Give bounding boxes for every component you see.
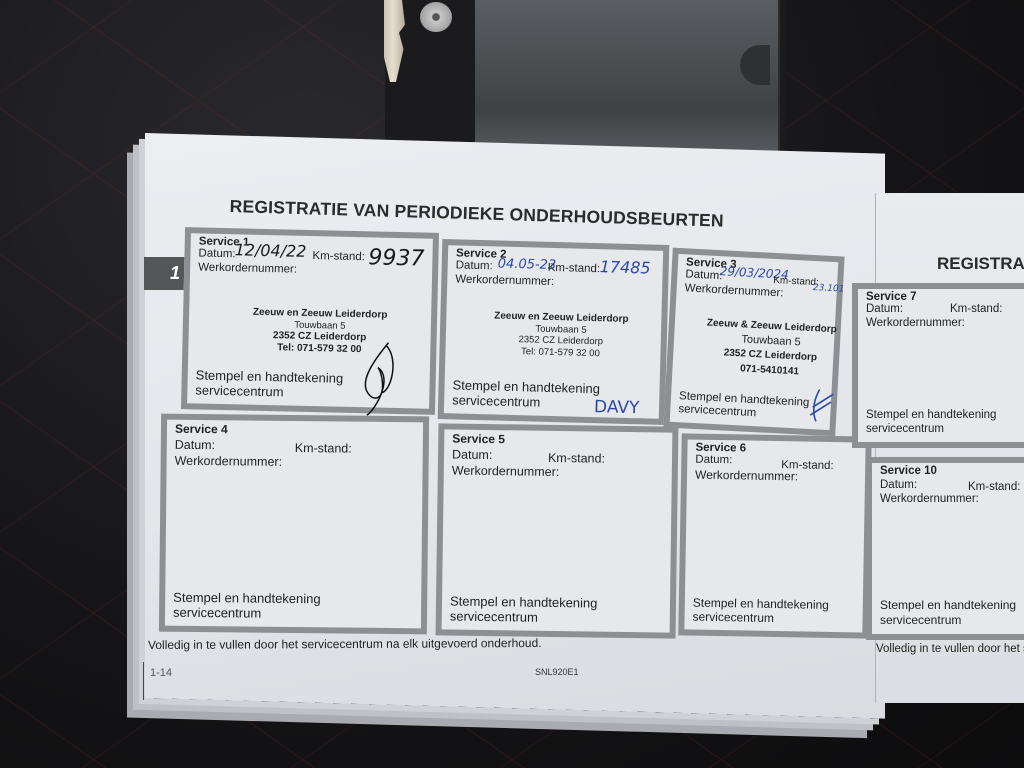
datum-label: Datum: — [880, 479, 917, 491]
garage-name: Zeeuw & Zeeuw Leiderdorp — [707, 318, 837, 336]
page-rule — [143, 662, 144, 700]
datum-label: Datum: — [695, 454, 732, 467]
datum-label: Datum: — [866, 303, 903, 315]
garage-city: 2352 CZ Leiderdorp — [723, 347, 817, 363]
service-label: Service 4 — [175, 422, 228, 437]
service-box-7: Service 7 Datum: Km-stand: Werkordernumm… — [852, 283, 1024, 448]
service-box-4: Service 4 Datum: Km-stand: Werkordernumm… — [159, 414, 429, 635]
datum-label: Datum: — [685, 268, 723, 282]
service-box-5: Service 5 Datum: Km-stand: Werkordernumm… — [436, 423, 679, 638]
km-label: Km-stand: — [548, 262, 601, 275]
km-label: Km-stand: — [295, 441, 352, 456]
service-box-10: Service 10 Datum: Km-stand: Werkordernum… — [866, 457, 1024, 640]
service-label: Service 10 — [880, 465, 937, 477]
service-box-2: Service 2 Datum: 04.05-23 Km-stand: 1748… — [438, 239, 670, 425]
stamp-label: Stempel en handtekeningservicecentrum — [678, 390, 810, 423]
garage-stamp: Zeeuw en Zeeuw Leiderdorp Touwbaan 5 235… — [485, 310, 636, 360]
werkorder-label: Werkordernummer: — [684, 282, 783, 299]
garage-phone: Tel: 071-579 32 00 — [521, 346, 600, 359]
service-label: Service 6 — [695, 442, 746, 455]
document-code: SNL920E1 — [535, 667, 579, 677]
service-box-6: Service 6 Datum: Km-stand: Werkordernumm… — [678, 433, 871, 638]
signature-icon — [357, 337, 409, 418]
stamp-label: Stempel en handtekeningservicecentrum — [450, 594, 598, 626]
km-value: 23.101 — [813, 283, 845, 295]
garage-street: Touwbaan 5 — [535, 323, 587, 335]
garage-street: Touwbaan 5 — [741, 333, 801, 348]
service-label: Service 5 — [452, 432, 505, 447]
km-label: Km-stand: — [950, 303, 1002, 315]
footer-note-right: Volledig in te vullen door het se — [876, 643, 1024, 655]
stamp-label: Stempel en handtekeningservicecentrum — [452, 377, 600, 411]
werkorder-label: Werkordernummer: — [695, 468, 798, 484]
chapter-tab: 1 — [144, 257, 188, 290]
km-value: 9937 — [368, 245, 425, 271]
garage-phone: Tel: 071-579 32 00 — [277, 342, 362, 355]
garage-name: Zeeuw en Zeeuw Leiderdorp — [253, 307, 388, 321]
signature-text: DAVY — [594, 397, 640, 418]
datum-label: Datum: — [175, 438, 215, 452]
km-label: Km-stand: — [968, 481, 1020, 493]
service-label: Service 7 — [866, 291, 917, 303]
km-label: Km-stand: — [548, 451, 605, 466]
werkorder-label: Werkordernummer: — [455, 273, 554, 288]
datum-value: 12/04/22 — [234, 240, 306, 261]
km-label: Km-stand: — [312, 250, 365, 263]
garage-street: Touwbaan 5 — [294, 319, 345, 331]
page-title-right: REGISTRA — [937, 254, 1024, 274]
footer-note: Volledig in te vullen door het servicece… — [148, 636, 542, 652]
werkorder-label: Werkordernummer: — [452, 464, 560, 479]
service-box-3: Service 3 Datum: 29/03/2024 Km-stand: 23… — [663, 248, 844, 437]
stamp-label: Stempel en handtekeningservicecentrum — [866, 408, 996, 436]
service-box-1: Service 1 Datum: 12/04/22 Km-stand: 9937… — [181, 227, 439, 415]
werkorder-label: Werkordernummer: — [880, 493, 979, 505]
page-number: 1-14 — [150, 667, 172, 679]
stamp-label: Stempel en handtekeningservicecentrum — [173, 590, 321, 622]
stamp-label: Stempel en handtekeningservicecentrum — [880, 598, 1016, 628]
garage-phone: 071-5410141 — [740, 363, 799, 377]
werkorder-label: Werkordernummer: — [175, 454, 283, 469]
garage-stamp: Zeeuw & Zeeuw Leiderdorp Touwbaan 5 2352… — [694, 315, 847, 382]
stamp-label: Stempel en handtekeningservicecentrum — [692, 596, 829, 626]
werkorder-label: Werkordernummer: — [198, 261, 297, 275]
signature-icon — [806, 387, 838, 425]
datum-label: Datum: — [456, 259, 493, 272]
snap-button-icon — [420, 2, 452, 32]
datum-label: Datum: — [452, 448, 492, 463]
stamp-label: Stempel en handtekeningservicecentrum — [195, 367, 343, 400]
datum-label: Datum: — [198, 247, 235, 260]
km-value: 17485 — [599, 257, 650, 277]
werkorder-label: Werkordernummer: — [866, 317, 965, 329]
